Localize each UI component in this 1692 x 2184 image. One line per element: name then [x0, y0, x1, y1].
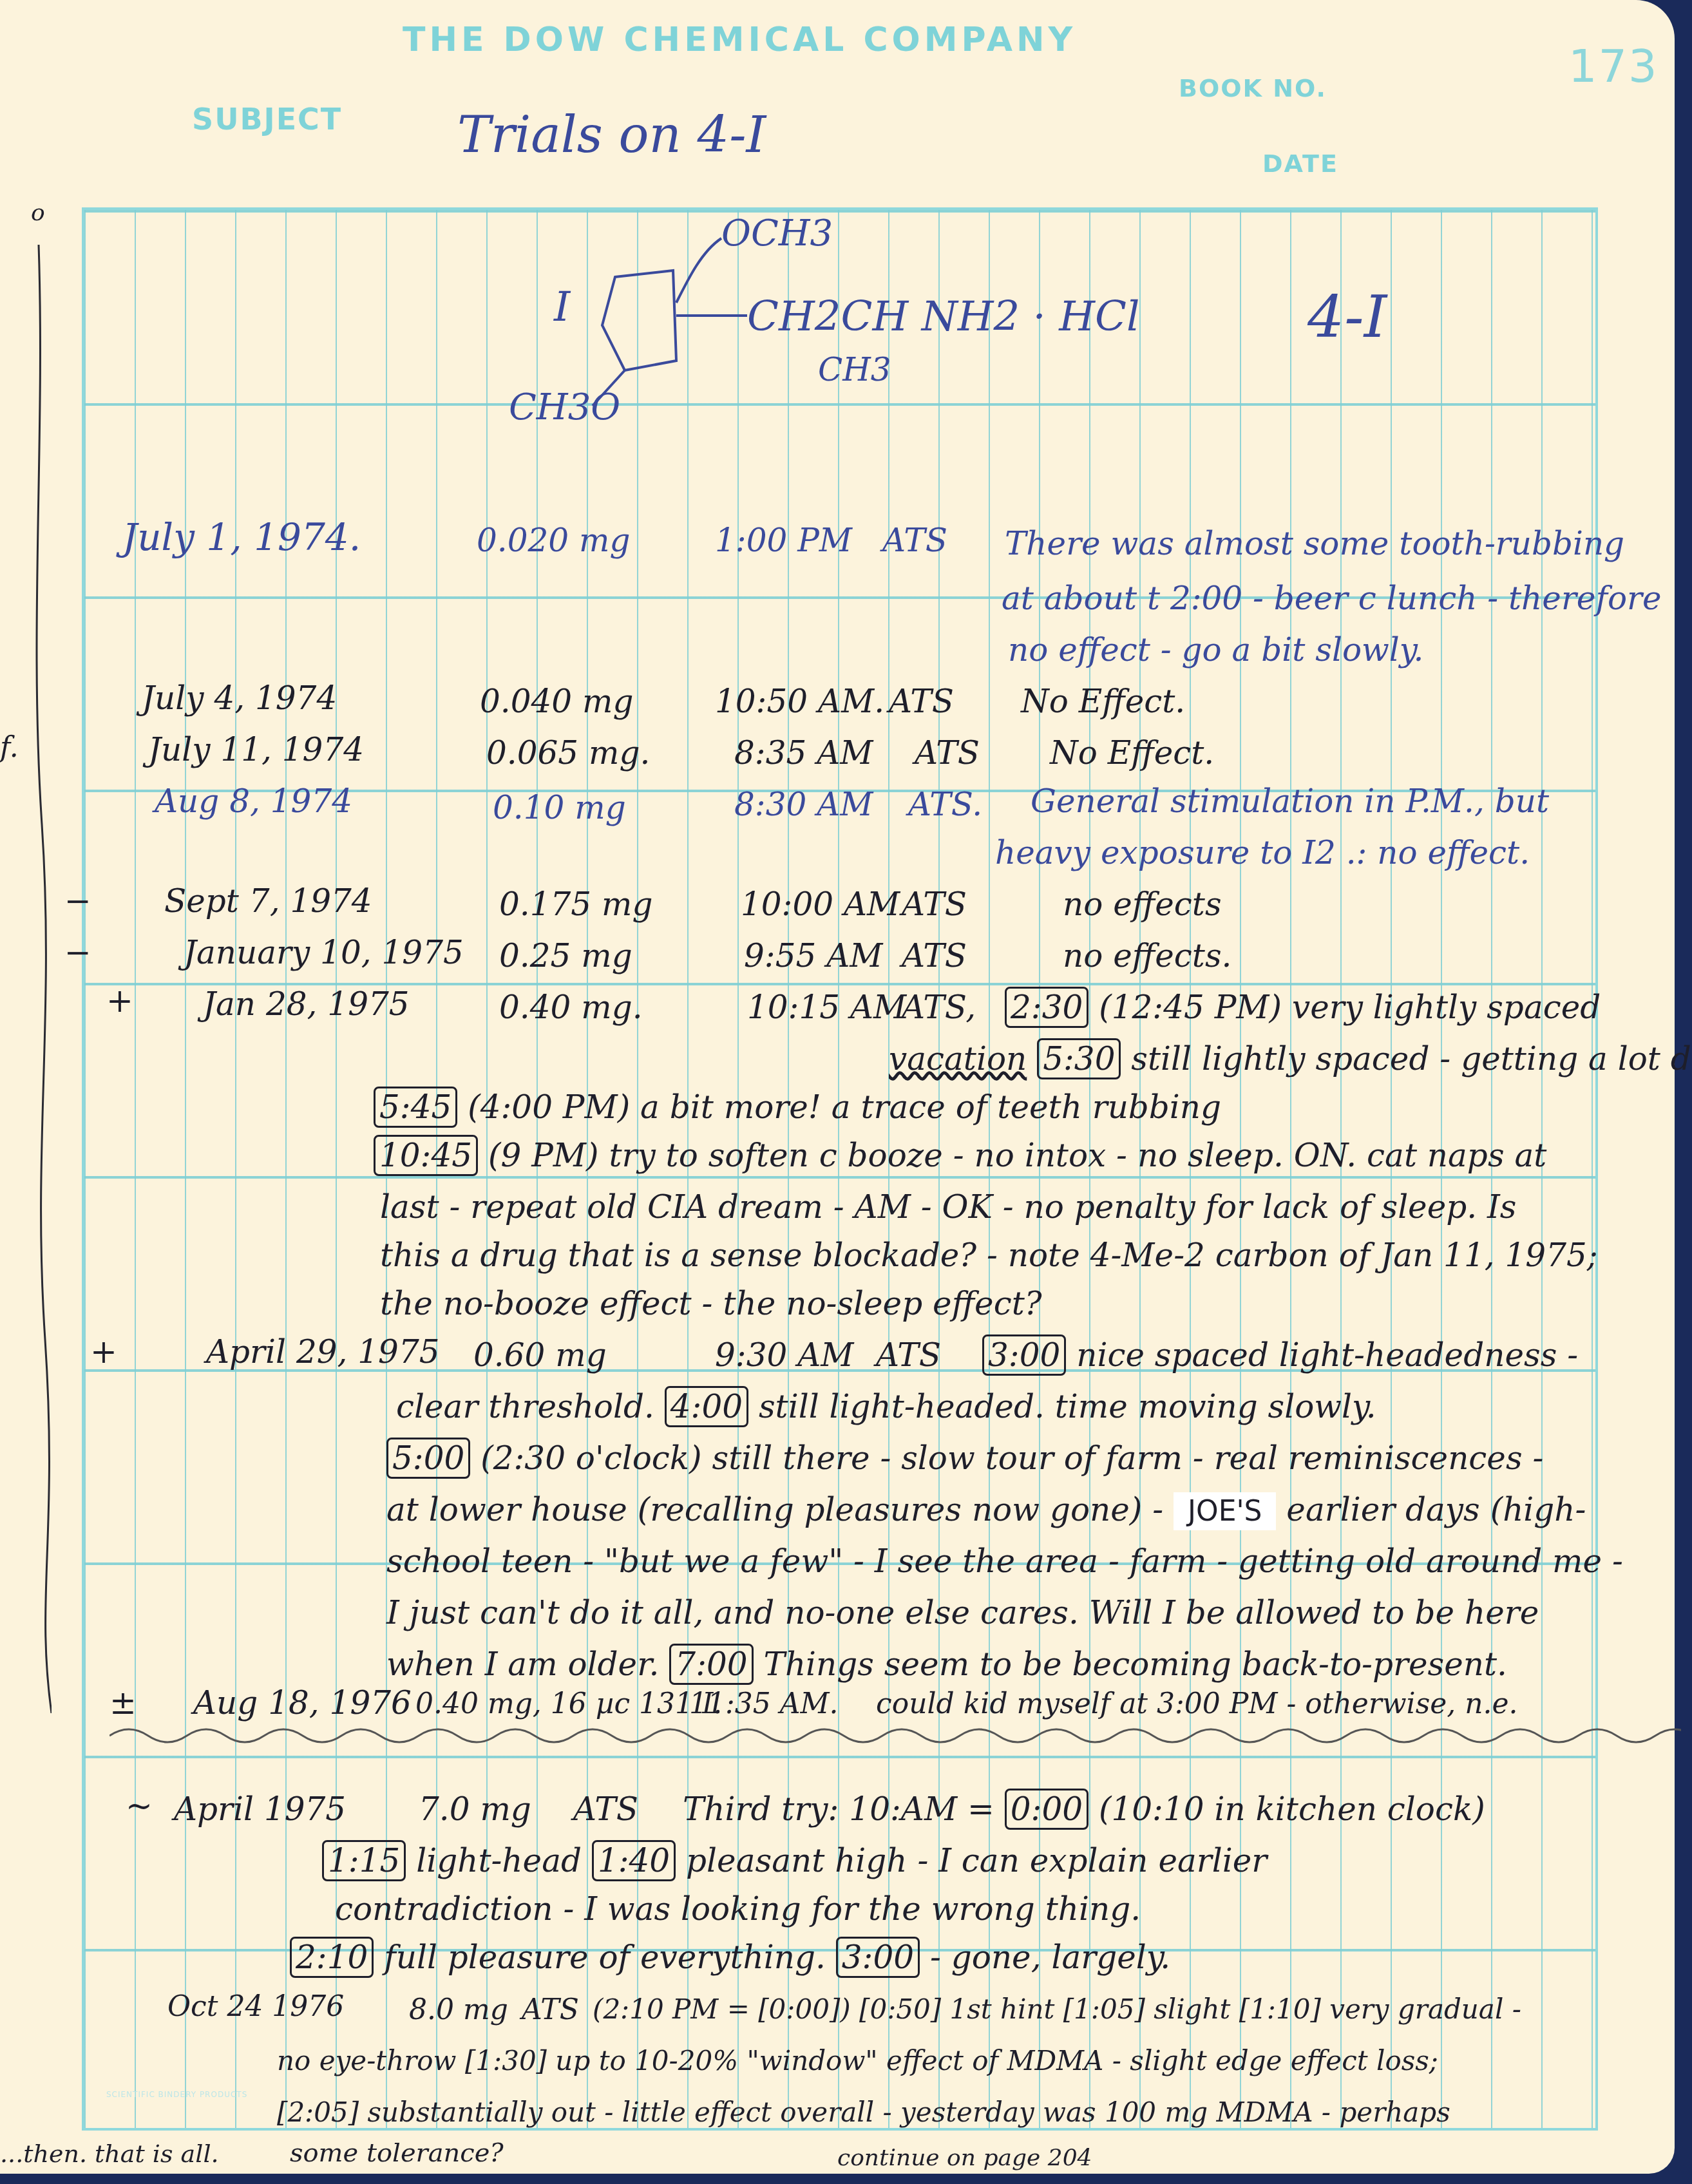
structure-left-substituent: I — [554, 283, 570, 331]
entry-note: [2:05] substantially out - little effect… — [277, 2096, 1450, 2128]
chemical-structure-diagram — [554, 213, 1134, 483]
timeline-text: (2:30 o'clock) still there - slow tour o… — [480, 1439, 1543, 1477]
entry-note: no effect - go a bit slowly. — [1008, 631, 1423, 669]
timeline-text: pleasant high - I can explain earlier — [686, 1842, 1267, 1879]
entry-date: January 10, 1975 — [184, 934, 464, 971]
compound-label: 4-I — [1307, 283, 1387, 351]
entry-note: (2:10 PM = [0:00]) [0:50] 1st hint [1:05… — [593, 1993, 1521, 2025]
timeline-line: clear threshold. 4:00 still light-headed… — [396, 1388, 1376, 1425]
timeline-text: nice spaced light-headedness - — [1076, 1336, 1578, 1374]
entry-dose: 0.25 mg — [499, 937, 632, 974]
entry-mark: + — [90, 1333, 117, 1371]
entry-dose: 8.0 mg — [409, 1993, 508, 2026]
elapsed-time-box: 7:00 — [669, 1644, 753, 1685]
entry-time: 11:35 AM. — [689, 1687, 839, 1720]
timeline-lead: clear threshold. — [396, 1388, 654, 1425]
timeline-text: light-head — [416, 1842, 582, 1879]
timeline-prefix: vacation — [889, 1040, 1027, 1078]
entry-time: 10:00 AM — [741, 886, 900, 923]
entry-mark: − — [64, 882, 91, 920]
entry-note: no eye-throw [1:30] up to 10-20% "window… — [277, 2045, 1438, 2076]
entry-note: could kid myself at 3:00 PM - otherwise,… — [876, 1687, 1518, 1720]
timeline-text: contradiction - I was looking for the wr… — [335, 1890, 1141, 1928]
elapsed-time-box: 3:00 — [982, 1334, 1066, 1376]
section-divider-wavy — [109, 1723, 1681, 1749]
entry-mark: − — [64, 934, 91, 971]
entry-note: the no-booze effect - the no-sleep effec… — [380, 1285, 1042, 1322]
elapsed-time-box: 5:00 — [386, 1438, 470, 1479]
timeline-text: (9 PM) try to soften c booze - no intox … — [488, 1137, 1546, 1174]
entry-note-line: at lower house (recalling pleasures now … — [386, 1491, 1586, 1530]
entry-initials: ATS — [889, 683, 954, 720]
structure-side-chain-sub: CH3 — [818, 351, 891, 388]
book-no-label: BOOK NO. — [1179, 74, 1327, 102]
entry-time: 8:30 AM — [734, 786, 873, 823]
entry-date: July 11, 1974 — [148, 731, 364, 768]
entry-date: Aug 8, 1974 — [155, 783, 352, 820]
entry-initials: ATS — [902, 937, 967, 974]
elapsed-time-box: 5:30 — [1037, 1038, 1121, 1079]
entry-note: last - repeat old CIA dream - AM - OK - … — [380, 1188, 1517, 1226]
entry-dose: 0.040 mg — [480, 683, 633, 720]
date-label: DATE — [1262, 149, 1338, 178]
entry-note: at lower house (recalling pleasures now … — [386, 1491, 1163, 1528]
company-header: THE DOW CHEMICAL COMPANY — [403, 21, 1076, 59]
entry-time: 8:35 AM — [734, 734, 873, 772]
entry-initials: ATS — [882, 522, 947, 559]
timeline-text: full pleasure of everything. — [384, 1939, 826, 1976]
timeline-text: (10:10 in kitchen clock) — [1099, 1790, 1485, 1828]
entry-initials: ATS — [876, 1336, 941, 1374]
elapsed-time-box: 1:40 — [592, 1840, 676, 1881]
elapsed-time-box: 4:00 — [665, 1386, 748, 1427]
binder-imprint: SCIENTIFIC BINDERY PRODUCTS — [106, 2090, 247, 2099]
entry-date: Aug 18, 1976 — [193, 1684, 412, 1722]
entry-dose: 0.175 mg — [499, 886, 652, 923]
entry-dose: 0.10 mg — [493, 789, 626, 826]
entry-note: earlier days (high- — [1286, 1491, 1586, 1528]
timeline-text: - gone, largely. — [930, 1939, 1170, 1976]
entry-date: Sept 7, 1974 — [164, 882, 372, 920]
timeline-text: still lightly spaced - getting a lot don… — [1131, 1040, 1692, 1078]
timeline-text: still light-headed. time moving slowly. — [759, 1388, 1376, 1425]
entry-mark: ± — [109, 1684, 137, 1722]
timeline-line: 2:30 (12:45 PM) very lightly spaced — [1005, 989, 1601, 1026]
timeline-text: (12:45 PM) very lightly spaced — [1099, 989, 1601, 1026]
timeline-line: 10:45 (9 PM) try to soften c booze - no … — [374, 1137, 1546, 1174]
entry-note: heavy exposure to I2 .: no effect. — [995, 834, 1530, 871]
timeline-text: Things seem to be becoming back-to-prese… — [764, 1646, 1507, 1683]
entry-dose: 7.0 mg — [419, 1790, 531, 1828]
structure-top-substituent: OCH3 — [721, 213, 833, 254]
entry-mark: + — [106, 982, 133, 1020]
margin-side-mark: f. — [0, 731, 19, 764]
entry-note: some tolerance? — [290, 2138, 504, 2168]
timeline-line: 5:45 (4:00 PM) a bit more! a trace of te… — [374, 1088, 1221, 1126]
entry-time: 1:00 PM — [715, 522, 852, 559]
timeline-line: vacation 5:30 still lightly spaced - get… — [889, 1040, 1692, 1078]
elapsed-time-box: 1:15 — [322, 1840, 406, 1881]
timeline-lead: when I am older. — [386, 1646, 659, 1683]
entry-initials: ATS — [915, 734, 980, 772]
entry-note: No Effect. — [1050, 734, 1214, 772]
entry-note: There was almost some tooth-rubbing — [1005, 525, 1624, 562]
timeline-line: 3:00 nice spaced light-headedness - — [982, 1336, 1578, 1374]
entry-note: No Effect. — [1021, 683, 1185, 720]
entry-dose: 0.40 mg, 16 µc 131 I. — [415, 1687, 722, 1720]
entry-date: April 1975 — [174, 1790, 346, 1828]
entry-initials: ATS — [573, 1790, 638, 1828]
subject-label: SUBJECT — [192, 102, 342, 137]
entry-time: 9:30 AM — [715, 1336, 853, 1374]
timeline-lead: Third try: 10:AM = — [683, 1790, 994, 1828]
entry-initials: ATS, — [902, 989, 976, 1026]
entry-note: at about t 2:00 - beer c lunch - therefo… — [1002, 580, 1662, 617]
continue-note: continue on page 204 — [837, 2145, 1092, 2171]
elapsed-time-box: 3:00 — [836, 1937, 920, 1978]
timeline-line: 1:15 light-head 1:40 pleasant high - I c… — [322, 1842, 1267, 1879]
entry-mark: ~ — [126, 1787, 153, 1825]
elapsed-time-box: 5:45 — [374, 1087, 457, 1128]
redaction-label: JOE'S — [1174, 1492, 1276, 1530]
entry-date: April 29, 1975 — [206, 1333, 440, 1371]
notebook-page: THE DOW CHEMICAL COMPANY BOOK NO. SUBJEC… — [0, 0, 1675, 2174]
entry-date: July 1, 1974. — [122, 515, 361, 559]
entry-dose: 0.40 mg. — [499, 989, 643, 1026]
entry-time: 10:50 AM. — [715, 683, 884, 720]
entry-note: no effects — [1063, 886, 1222, 923]
entry-initials: ATS — [522, 1993, 579, 2026]
entry-initials: ATS — [902, 886, 967, 923]
entry-note: no effects. — [1063, 937, 1231, 974]
elapsed-time-box: 10:45 — [374, 1135, 478, 1176]
entry-dose: 0.60 mg — [473, 1336, 607, 1374]
entry-note: I just can't do it all, and no-one else … — [386, 1594, 1539, 1631]
margin-bracket-line — [26, 245, 52, 1713]
entry-date: Jan 28, 1975 — [203, 985, 410, 1023]
timeline-line: when I am older. 7:00 Things seem to be … — [386, 1646, 1507, 1683]
timeline-line: Third try: 10:AM = 0:00 (10:10 in kitche… — [683, 1790, 1485, 1828]
elapsed-time-box: 0:00 — [1005, 1789, 1088, 1830]
entry-time: 9:55 AM — [744, 937, 882, 974]
entry-note: General stimulation in P.M., but — [1031, 783, 1549, 820]
entry-dose: 0.020 mg — [477, 522, 630, 559]
elapsed-time-box: 2:10 — [290, 1937, 374, 1978]
page-number: 173 — [1568, 40, 1659, 93]
elapsed-time-box: 2:30 — [1005, 987, 1088, 1028]
subject-value: Trials on 4-I — [457, 106, 766, 164]
entry-note: school teen - "but we a few" - I see the… — [386, 1543, 1623, 1580]
margin-note: ...then. that is all. — [0, 2140, 219, 2168]
entry-dose: 0.065 mg. — [486, 734, 650, 772]
entry-initials: ATS. — [908, 786, 982, 823]
entry-date: Oct 24 1976 — [167, 1990, 344, 2023]
entry-date: July 4, 1974 — [142, 679, 337, 717]
timeline-line: 2:10 full pleasure of everything. 3:00 -… — [290, 1939, 1170, 1976]
entry-time: 10:15 AM — [747, 989, 906, 1026]
timeline-line: 5:00 (2:30 o'clock) still there - slow t… — [386, 1439, 1543, 1477]
timeline-text: (4:00 PM) a bit more! a trace of teeth r… — [468, 1088, 1221, 1126]
margin-top-mark: o — [31, 200, 45, 226]
structure-side-chain: CH2CH NH2 · HCl — [747, 293, 1139, 341]
structure-bottom-substituent: CH3O — [509, 386, 620, 428]
entry-note: this a drug that is a sense blockade? - … — [380, 1237, 1598, 1274]
